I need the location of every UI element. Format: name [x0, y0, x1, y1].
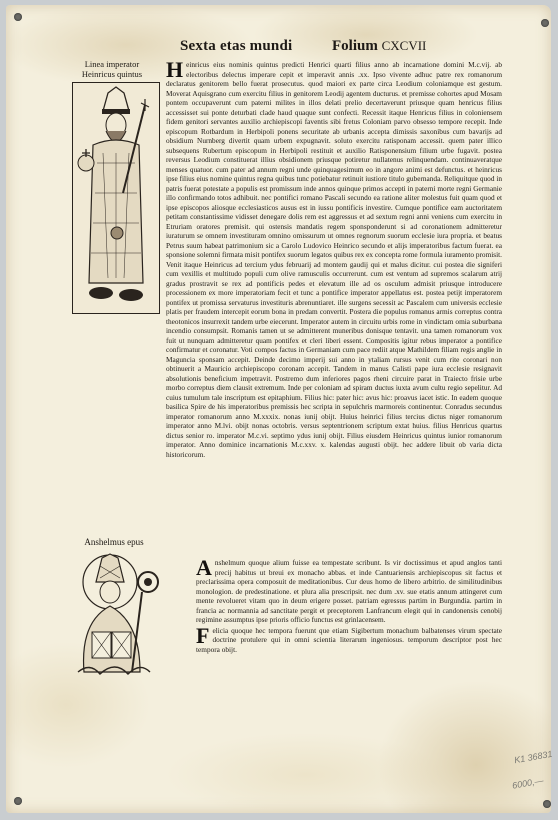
sigibert-text: elicia quoque hec tempora fuerunt que et…	[196, 626, 502, 654]
anselm-cantuar-text: Anshelmum quoque alium fuisse ea tempest…	[196, 558, 502, 654]
page-header: Sexta etas mundi Folium CXCVII	[180, 38, 510, 56]
running-title: Sexta etas mundi	[180, 38, 292, 55]
drop-cap-initial: F	[196, 627, 209, 645]
pin-icon	[543, 800, 551, 808]
emperor-woodcut	[72, 82, 160, 314]
henry-text-top: Heinricus eius nominis quintus predicti …	[166, 60, 502, 510]
bishop-woodcut	[70, 552, 188, 678]
pin-icon	[541, 19, 549, 27]
pin-icon	[14, 797, 22, 805]
anselm-cantuar-biography: nshelmum quoque alium fuisse ea tempesta…	[196, 558, 502, 624]
folio-label: Folium	[332, 38, 378, 54]
henry-biography: einricus eius nominis quintus predicti H…	[166, 60, 502, 459]
drop-cap-initial: H	[166, 61, 183, 79]
drop-cap-initial: A	[196, 559, 212, 577]
pin-icon	[14, 13, 22, 21]
bishop-caption: Anshelmus epus	[64, 538, 164, 548]
bishop-portrait-icon	[70, 552, 188, 678]
folio-roman: CXCVII	[382, 38, 427, 53]
emperor-caption: Linea imperator Heinricus quintus	[62, 60, 162, 79]
caption-line: Heinricus quintus	[62, 70, 162, 80]
emperor-portrait-icon	[73, 83, 159, 313]
folio-number: Folium CXCVII	[332, 38, 426, 55]
